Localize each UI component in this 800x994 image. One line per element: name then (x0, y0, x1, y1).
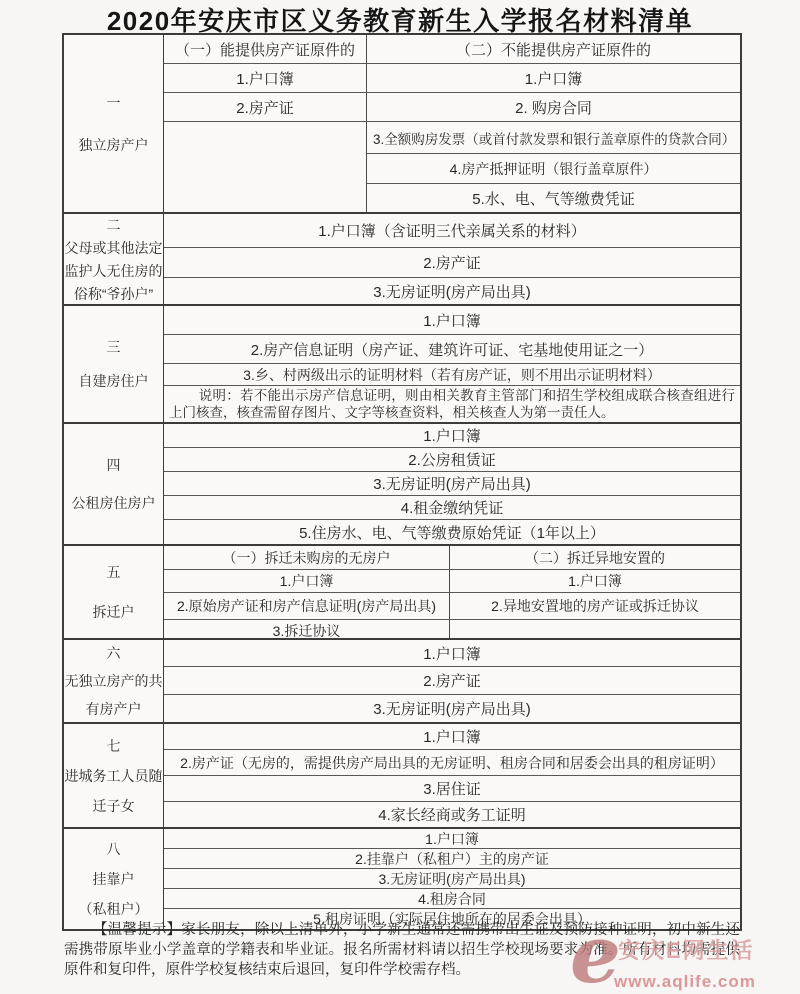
section-label-line: 八 (107, 839, 121, 859)
empty-cell (450, 620, 740, 638)
section-2-body: 1.户口簿（含证明三代亲属关系的材料） 2.房产证 3.无房证明(房产局出具) (164, 214, 740, 304)
material-row: 3.乡、村两级出示的证明材料（若有房产证，则不用出示证明材料） (164, 364, 740, 386)
material-row: 3.无房证明(房产局出具) (164, 278, 740, 304)
section-5-label: 五 拆迁户 (64, 546, 164, 638)
material-row: 2. 购房合同 (367, 93, 740, 122)
material-row: 3.无房证明(房产局出具) (164, 472, 740, 496)
section-6-body: 1.户口簿 2.房产证 3.无房证明(房产局出具) (164, 640, 740, 722)
empty-cell (164, 122, 366, 212)
material-row: 2.公房租赁证 (164, 448, 740, 472)
section-4-public-rental: 四 公租房住房户 1.户口簿 2.公房租赁证 3.无房证明(房产局出具) 4.租… (64, 424, 740, 546)
material-row: 5.水、电、气等缴费凭证 (367, 184, 740, 212)
section-label-line: 二 (107, 215, 121, 235)
section-3-self-built-house: 三 自建房住户 1.户口簿 2.房产信息证明（房产证、建筑许可证、宅基地使用证之… (64, 306, 740, 424)
section-1-body: （一）能提供房产证原件的 1.户口簿 2.房产证 （二）不能提供房产证原件的 1… (164, 35, 740, 212)
section-2-label: 二 父母或其他法定 监护人无住房的 俗称“爷孙户” (64, 214, 164, 304)
section-1-left-column: （一）能提供房产证原件的 1.户口簿 2.房产证 (164, 35, 367, 212)
section-label-line: 一 (107, 93, 121, 113)
material-row: 4.房产抵押证明（银行盖章原件） (367, 154, 740, 184)
material-row: 2.房产证 (164, 248, 740, 278)
section-1-independent-property: 一 独立房产户 （一）能提供房产证原件的 1.户口簿 2.房产证 （二）不能提供… (64, 35, 740, 214)
section-label-line: 七 (107, 736, 121, 756)
material-row: 1.户口簿 (164, 570, 449, 593)
section-label-line: 无独立房产的共 (65, 671, 163, 691)
section-5-left-column: （一）拆迁未购房的无房户 1.户口簿 2.原始房产证和房产信息证明(房产局出具)… (164, 546, 450, 638)
material-row: 2.房产证 (164, 93, 366, 122)
material-row: 1.户口簿 (164, 424, 740, 448)
section-label-line: 五 (107, 562, 121, 582)
material-row: 3.全额购房发票（或首付款发票和银行盖章原件的贷款合同） (367, 122, 740, 154)
section-3-body: 1.户口簿 2.房产信息证明（房产证、建筑许可证、宅基地使用证之一） 3.乡、村… (164, 306, 740, 422)
section-label-line: 拆迁户 (93, 602, 135, 622)
material-row: 5.住房水、电、气等缴费原始凭证（1年以上） (164, 520, 740, 544)
material-row: 3.拆迁协议 (164, 620, 449, 638)
material-row: 2.房产证 (164, 667, 740, 695)
section-1-right-column: （二）不能提供房产证原件的 1.户口簿 2. 购房合同 3.全额购房发票（或首付… (367, 35, 740, 212)
material-row: 1.户口簿（含证明三代亲属关系的材料） (164, 214, 740, 248)
section-label-line: 公租房住房户 (72, 493, 156, 513)
section-label-line: 自建房住户 (79, 371, 149, 391)
material-row: 3.无房证明(房产局出具) (164, 695, 740, 722)
material-row: 3.居住证 (164, 776, 740, 802)
column-header: （一）拆迁未购房的无房户 (164, 546, 449, 570)
section-label-line: 有房产户 (86, 699, 142, 719)
section-label-line: 父母或其他法定 (65, 238, 163, 258)
section-6-label: 六 无独立房产的共 有房产户 (64, 640, 164, 722)
section-7-migrant-worker-children: 七 进城务工人员随 迁子女 1.户口簿 2.房产证（无房的，需提供房产局出具的无… (64, 724, 740, 829)
material-row: 1.户口簿 (164, 640, 740, 667)
section-6-shared-property: 六 无独立房产的共 有房产户 1.户口簿 2.房产证 3.无房证明(房产局出具) (64, 640, 740, 724)
section-4-label: 四 公租房住房户 (64, 424, 164, 544)
material-row: 1.户口簿 (164, 64, 366, 93)
section-1-label: 一 独立房产户 (64, 35, 164, 212)
section-label-line: 挂靠户 (93, 869, 135, 889)
material-row: 4.租金缴纳凭证 (164, 496, 740, 520)
section-7-label: 七 进城务工人员随 迁子女 (64, 724, 164, 827)
material-row: 1.户口簿 (164, 306, 740, 335)
section-label-line: 三 (107, 337, 121, 357)
section-2-grandparent-household: 二 父母或其他法定 监护人无住房的 俗称“爷孙户” 1.户口簿（含证明三代亲属关… (64, 214, 740, 306)
material-row: 2.原始房产证和房产信息证明(房产局出具) (164, 593, 449, 620)
footer-note: 【温馨提示】家长朋友，除以上清单外，小学新生通常还需携带出生证及预防接种证明，初… (64, 920, 740, 980)
material-row: 4.家长经商或务工证明 (164, 802, 740, 827)
section-label-line: 六 (107, 643, 121, 663)
section-label-line: 独立房产户 (79, 135, 149, 155)
material-row: 2.异地安置地的房产证或拆迁协议 (450, 593, 740, 620)
section-3-explanation: 说明：若不能出示房产信息证明，则由相关教育主管部门和招生学校组成联合核查组进行上… (164, 386, 740, 422)
material-row: 1.户口簿 (450, 570, 740, 593)
section-5-right-column: （二）拆迁异地安置的 1.户口簿 2.异地安置地的房产证或拆迁协议 (450, 546, 740, 638)
section-5-demolition-household: 五 拆迁户 （一）拆迁未购房的无房户 1.户口簿 2.原始房产证和房产信息证明(… (64, 546, 740, 640)
material-row: 2.房产证（无房的，需提供房产局出具的无房证明、租房合同和居委会出具的租房证明） (164, 750, 740, 776)
material-row: 1.户口簿 (164, 724, 740, 750)
material-row: 2.房产信息证明（房产证、建筑许可证、宅基地使用证之一） (164, 335, 740, 364)
section-4-body: 1.户口簿 2.公房租赁证 3.无房证明(房产局出具) 4.租金缴纳凭证 5.住… (164, 424, 740, 544)
material-row: 3.无房证明(房产局出具) (164, 869, 740, 889)
section-5-body: （一）拆迁未购房的无房户 1.户口簿 2.原始房产证和房产信息证明(房产局出具)… (164, 546, 740, 638)
materials-table: 一 独立房产户 （一）能提供房产证原件的 1.户口簿 2.房产证 （二）不能提供… (62, 33, 742, 931)
section-label-line: 俗称“爷孙户” (74, 284, 153, 304)
material-row: 1.户口簿 (164, 829, 740, 849)
column-header: （一）能提供房产证原件的 (164, 35, 366, 64)
section-label-line: 迁子女 (93, 796, 135, 816)
section-8-attached-household: 八 挂靠户 （私租户） 1.户口簿 2.挂靠户（私租户）主的房产证 3.无房证明… (64, 829, 740, 929)
section-label-line: 监护人无住房的 (65, 261, 163, 281)
section-8-label: 八 挂靠户 （私租户） (64, 829, 164, 929)
material-row: 2.挂靠户（私租户）主的房产证 (164, 849, 740, 869)
column-header: （二）拆迁异地安置的 (450, 546, 740, 570)
material-row: 1.户口簿 (367, 64, 740, 93)
section-8-body: 1.户口簿 2.挂靠户（私租户）主的房产证 3.无房证明(房产局出具) 4.租房… (164, 829, 740, 929)
document-page: 2020年安庆市区义务教育新生入学报名材料清单 一 独立房产户 （一）能提供房产… (0, 0, 800, 994)
section-label-line: 四 (107, 455, 121, 475)
section-label-line: （私租户） (79, 899, 149, 919)
section-label-line: 进城务工人员随 (65, 766, 163, 786)
section-3-label: 三 自建房住户 (64, 306, 164, 422)
material-row: 4.租房合同 (164, 889, 740, 909)
column-header: （二）不能提供房产证原件的 (367, 35, 740, 64)
section-7-body: 1.户口簿 2.房产证（无房的，需提供房产局出具的无房证明、租房合同和居委会出具… (164, 724, 740, 827)
